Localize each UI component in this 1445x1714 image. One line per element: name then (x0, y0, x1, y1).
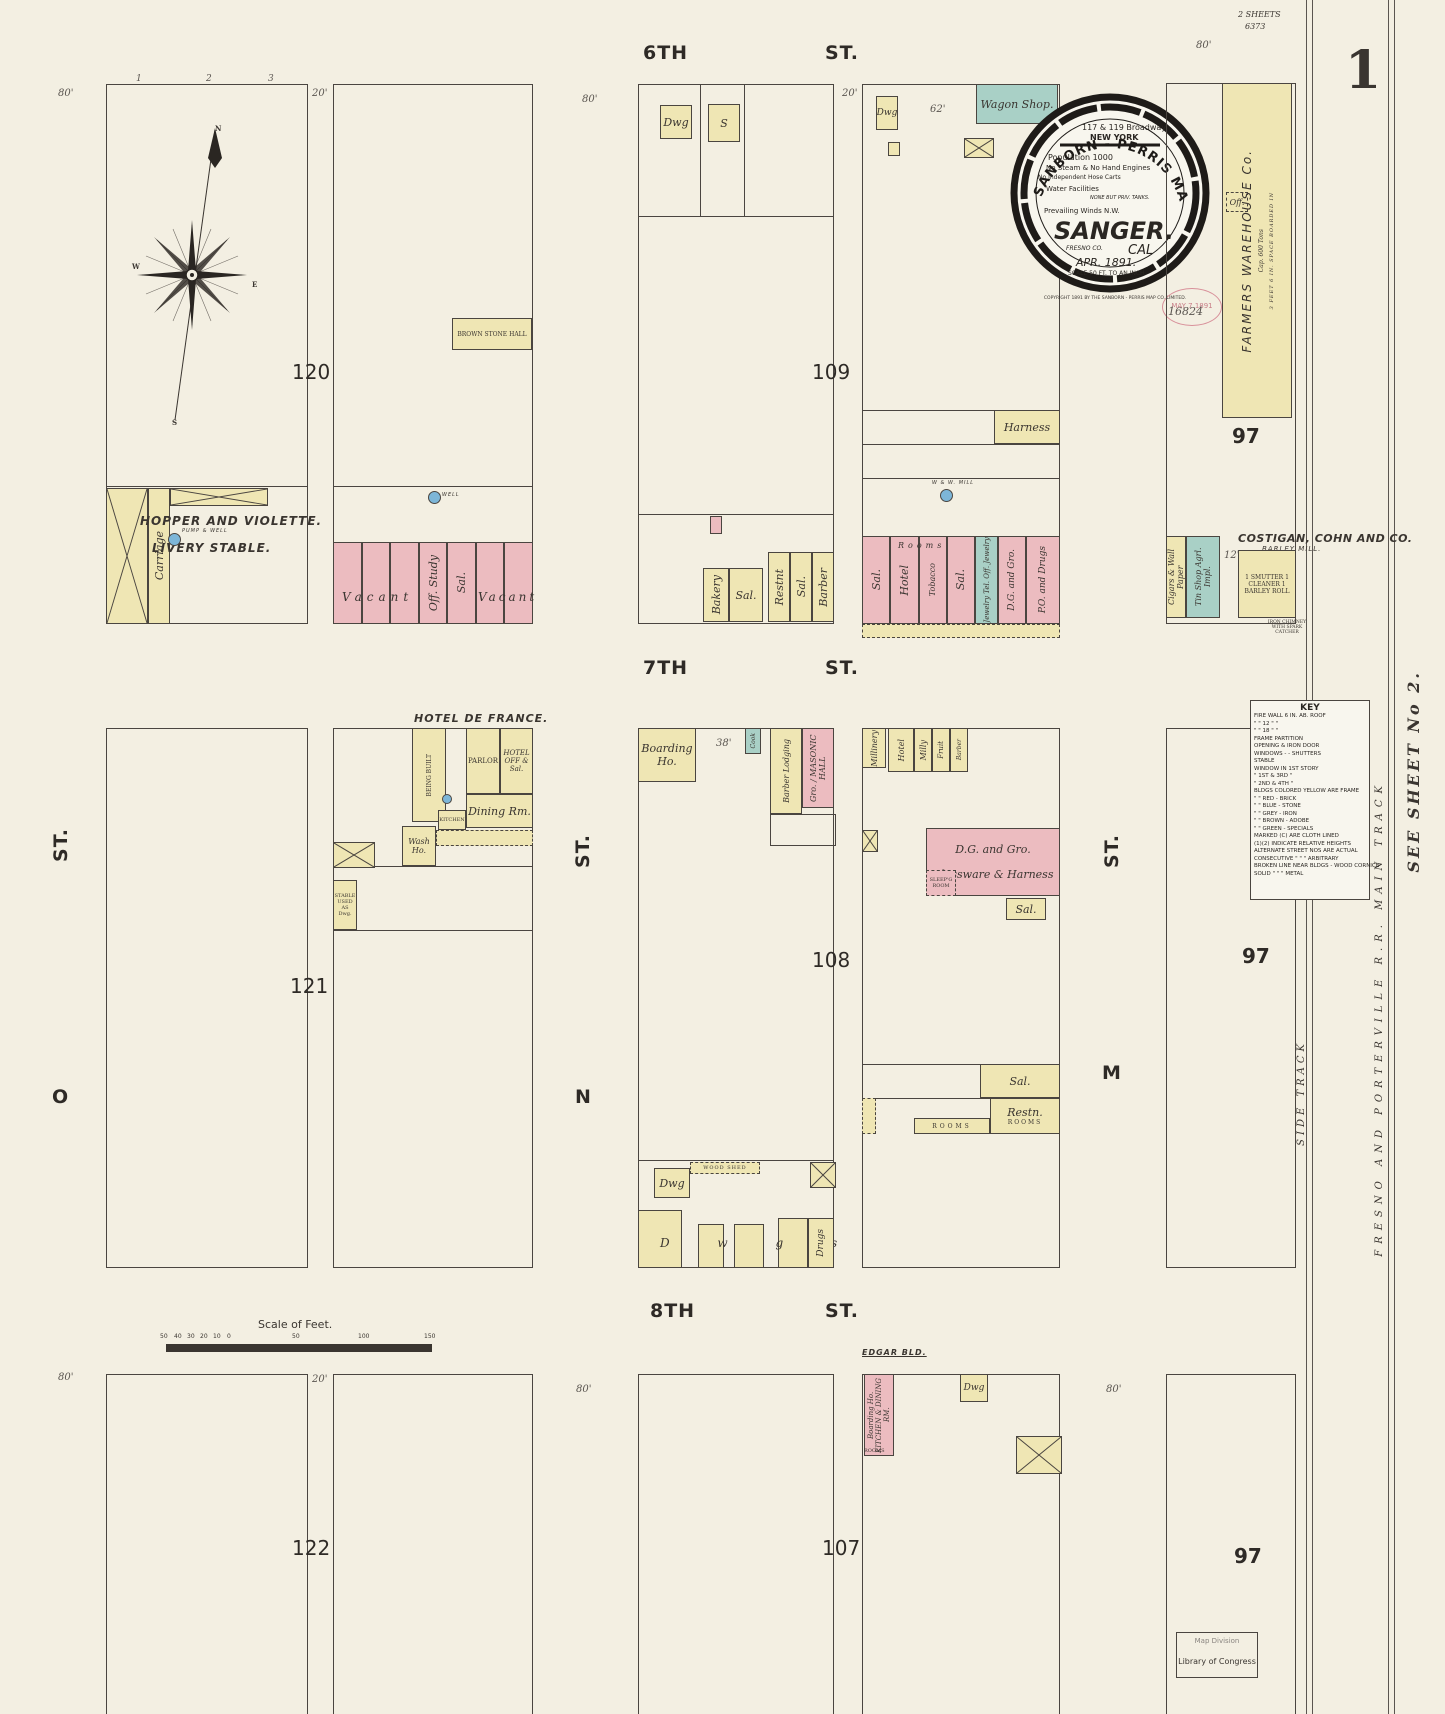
pump-well-icon (168, 533, 181, 546)
scale-title: Scale of Feet. (258, 1318, 332, 1331)
dwelling-108: Dwg (654, 1168, 690, 1198)
saloon-109c: Sal. (862, 536, 890, 624)
block-120-divider-east (333, 486, 533, 487)
rooms-a-label: ROOMS (932, 1123, 972, 1130)
store-vacant-2 (362, 542, 391, 624)
restn-label: Restn. (1007, 1106, 1042, 1119)
scale-tick: 50 (292, 1333, 300, 1340)
kitchen-room: KITCHEN (438, 810, 466, 830)
costigan-label: COSTIGAN, COHN AND CO. (1238, 532, 1412, 545)
dg-gro-108-label: D.G. and Gro. (955, 843, 1030, 856)
windmill-well-icon (940, 489, 953, 502)
cartouche-county: FRESNO CO. (1066, 245, 1103, 252)
dim-20-b: 20' (842, 88, 857, 99)
scale-tick: 0 (227, 1333, 231, 1340)
block-120-divider-west (106, 486, 308, 487)
store-vacant-1 (333, 542, 362, 624)
barber-108-label: Barber (956, 739, 963, 760)
dim-20-c: 20' (312, 1374, 327, 1385)
dim-80-e: 80' (576, 1384, 591, 1395)
block-121-line-b (333, 930, 533, 931)
vacant-label-1: Vacant (342, 590, 413, 604)
dwg-108-label: Dwg (659, 1177, 684, 1190)
dg-gro-109: D.G. and Gro. (998, 536, 1026, 624)
key-line: MARKED (C) ARE CLOTH LINED (1254, 833, 1366, 841)
stable-107 (1016, 1436, 1062, 1474)
cartouche-date: APR. 1891. (1076, 256, 1136, 269)
block-number-97-top: 97 (1232, 424, 1260, 448)
cigars-wall-paper: Cigars & Wall Paper (1166, 536, 1186, 618)
dim-62: 62' (930, 104, 945, 115)
s-label: S (720, 117, 728, 130)
carriage-label: Carriage (153, 531, 166, 580)
farmers-warehouse: FARMERS WAREHOUSE Co. Cap. 600 Tons 3 FE… (1222, 83, 1292, 418)
street-o-a: O (52, 1086, 69, 1108)
hotel-108: Hotel (888, 728, 914, 772)
cigars-label: Cigars & Wall Paper (1167, 537, 1185, 617)
block-108-outline-a (770, 814, 836, 846)
dim-80-c: 80' (1196, 40, 1211, 51)
dim-38: 38' (716, 738, 731, 749)
block-109-line-a (638, 216, 834, 217)
key-line: " 2ND & 4TH " (1254, 781, 1366, 789)
bakery-label: Bakery (710, 575, 723, 614)
stable-dwg-label: STABLE USED AS Dwg. (335, 893, 356, 917)
block-number-121: 121 (290, 974, 328, 998)
compass-rose-icon (130, 120, 260, 430)
pump-well-label: PUMP & WELL (182, 528, 228, 534)
block-122-east (333, 1374, 533, 1714)
office-label: Off. (1230, 198, 1245, 207)
cartouche-water-note: NONE BUT PRIV. TANKS. (1090, 195, 1150, 201)
block-number-120: 120 (292, 360, 330, 384)
main-track-label: FRESNO AND PORTERVILLE R.R. MAIN TRACK (1374, 780, 1385, 1257)
po-drugs-label: P.O. and Drugs (1038, 546, 1048, 613)
well-icon (428, 491, 441, 504)
tin-shop: Tin Shop Agrl. Impl. (1186, 536, 1220, 618)
stable-108b (810, 1162, 836, 1188)
scale-bar (166, 1344, 432, 1352)
barber-lodging-label: Barber Lodging (782, 739, 791, 803)
key-line: OPENING & IRON DOOR (1254, 743, 1366, 751)
tin-shop-label: Tin Shop Agrl. Impl. (1194, 537, 1212, 617)
cook-house: Cook (745, 728, 761, 754)
hotel-well-icon (442, 794, 452, 804)
sleeping-room: SLEEP'G ROOM (926, 870, 956, 896)
store-vacant-4 (476, 542, 505, 624)
key-line: " 1ST & 3RD " (1254, 773, 1366, 781)
carriage-house: Carriage (148, 488, 170, 624)
sal-109b-label: Sal. (795, 576, 808, 597)
block-122-west (106, 1374, 308, 1714)
drugs-108: Drugs (808, 1218, 834, 1268)
rooms-107-label: ROOMS (864, 1448, 885, 1454)
map-key-legend: KEY FIRE WALL 6 IN. AB. ROOF " " 12 " " … (1250, 700, 1370, 900)
saloon-108b: Sal. (980, 1064, 1060, 1098)
lot-number: 2 (206, 74, 212, 84)
street-8th-b: ST. (825, 1300, 859, 1322)
wood-shed-label: WOOD SHED (703, 1165, 746, 1171)
sal-108a-label: Sal. (1015, 903, 1036, 916)
dim-80-d: 80' (58, 1372, 73, 1383)
block-number-107: 107 (822, 1536, 860, 1560)
lot-number: 3 (268, 74, 274, 84)
parlor-label: PARLOR (468, 757, 498, 765)
off-study-label: Off. Study (427, 555, 440, 611)
sheet-count-note: 2 SHEETS (1238, 10, 1281, 19)
sal-109a-label: Sal. (735, 589, 756, 602)
kitchen-label: KITCHEN (439, 817, 464, 823)
cook-label: Cook (750, 733, 757, 748)
brick-row-120: Off. Study Sal. (333, 542, 533, 624)
block-121-west (106, 728, 308, 1268)
po-drugs: P.O. and Drugs (1026, 536, 1060, 624)
sleeping-label: SLEEP'G ROOM (927, 877, 955, 889)
boarding-house-108: Boarding Ho. (638, 728, 696, 782)
key-line: " " GREY - IRON (1254, 811, 1366, 819)
see-sheet-label: SEE SHEET No 2. (1404, 670, 1423, 873)
dwelling-109a: Dwg (660, 105, 692, 139)
fruit-label: Fruit (937, 741, 945, 759)
restaurant-108: Restn. ROOMS (990, 1098, 1060, 1134)
key-line: WINDOWS - - SHUTTERS (1254, 751, 1366, 759)
dwelling-109s: S (708, 104, 740, 142)
dwelling-109b: Dwg (876, 96, 898, 130)
sheet-note-code: 6373 (1245, 22, 1265, 31)
street-8th-a: 8TH (650, 1300, 695, 1322)
barber-building: Barber (812, 552, 834, 622)
wood-shed: WOOD SHED (690, 1162, 760, 1174)
office-shed: Off. (1226, 192, 1248, 212)
key-line: " " 12 " " (1254, 721, 1366, 729)
stable-121 (333, 842, 375, 868)
stable-used-as-dwelling: STABLE USED AS Dwg. (333, 880, 357, 930)
scale-tick: 100 (358, 1333, 369, 1340)
scale-tick: 150 (424, 1333, 435, 1340)
key-line: (1)(2) INDICATE RELATIVE HEIGHTS (1254, 841, 1366, 849)
block-109-line-b (638, 514, 834, 515)
key-line: STABLE (1254, 758, 1366, 766)
key-line: " " GREEN - SPECIALS (1254, 826, 1366, 834)
edgar-building-label: EDGAR BLD. (862, 1348, 927, 1357)
street-n-b: ST. (572, 834, 594, 868)
hotel-de-france-label: HOTEL DE FRANCE. (414, 712, 548, 725)
milly-label: Milly (919, 740, 928, 760)
key-line: BROKEN LINE NEAR BLDGS - WOOD CORNICE (1254, 863, 1366, 871)
engine-note: IRON CHIMNEY WITH SPARK CATCHER (1262, 620, 1312, 635)
dwg-107-label: Dwg (964, 1383, 985, 1393)
grocery-masonic-hall: Gro. / MASONIC HALL (802, 728, 834, 808)
compass-s: S (172, 418, 177, 427)
compass-n: N (215, 124, 221, 133)
side-track-label: SIDE TRACK (1296, 1040, 1307, 1146)
key-line: FIRE WALL 6 IN. AB. ROOF (1254, 713, 1366, 721)
brown-stone-hall: BROWN STONE HALL (452, 318, 532, 350)
key-line: SOLID " " " METAL (1254, 871, 1366, 879)
being-built-label: BEING BUILT (426, 754, 433, 796)
scale-tick: 40 (174, 1333, 182, 1340)
key-line: CONSECUTIVE " " " ARBITRARY (1254, 856, 1366, 864)
livery-shed (170, 488, 268, 506)
dining-label: Dining Rm. (468, 805, 531, 818)
parlor-room: PARLOR (466, 728, 500, 794)
hotel-rear-shed (436, 830, 533, 846)
dim-80-f: 80' (1106, 1384, 1121, 1395)
being-built-building: BEING BUILT (412, 728, 446, 822)
block-109-west (638, 84, 834, 624)
dim-12: 12' (1224, 550, 1239, 561)
block-number-108: 108 (812, 948, 850, 972)
brick-row-109: Sal. Hotel Tobacco Sal. Jewelry Tel. Off… (862, 536, 1060, 624)
block-number-109: 109 (812, 360, 850, 384)
block-108-line-d (638, 1160, 834, 1161)
saloon-109b: Sal. (790, 552, 812, 622)
saloon-109a: Sal. (729, 568, 763, 622)
sal-label: Sal. (455, 572, 468, 593)
store-vacant-3 (390, 542, 419, 624)
stamp-line-2: Library of Congress (1177, 1657, 1257, 1666)
awning-109 (862, 624, 1060, 638)
stable-109 (964, 138, 994, 158)
key-line: ALTERNATE STREET NOS ARE ACTUAL (1254, 848, 1366, 856)
costigan-equip-label: 1 SMUTTER 1 CLEANER 1 BARLEY ROLL (1241, 574, 1293, 595)
dwg-label: Dwg (663, 116, 688, 129)
block-109-line-g (862, 478, 1060, 479)
dim-20-a: 20' (312, 88, 327, 99)
sal-109c-label: Sal. (870, 569, 883, 590)
barber-108: Barber (950, 728, 968, 772)
hotel-108-label: Hotel (897, 739, 906, 761)
stamp-line-1: Map Division (1177, 1637, 1257, 1645)
farmers-cap-label: Cap. 600 Tons (1258, 229, 1265, 272)
street-o-b: ST. (50, 828, 72, 862)
sal-109d-label: Sal. (954, 569, 967, 590)
cartouche-city: NEW YORK (1090, 133, 1138, 142)
cartouche-winds: Prevailing Winds N.W. (1044, 207, 1120, 215)
block-number-122: 122 (292, 1536, 330, 1560)
block-109-line-d (744, 84, 745, 216)
key-line: WINDOW IN 1ST STORY (1254, 766, 1366, 774)
street-7th-b: ST. (825, 657, 859, 679)
saloon-109d: Sal. (947, 536, 975, 624)
well-label: WELL (442, 492, 460, 498)
scale-tick: 50 (160, 1333, 168, 1340)
cartouche-town: SANGER. (1054, 217, 1174, 245)
cartouche-hose: No Independent Hose Carts (1038, 174, 1121, 181)
jewelry-label: Jewelry Tel. Off. Jewelry (983, 537, 991, 623)
millinery-108b: Milly (914, 728, 932, 772)
dining-room: Dining Rm. (466, 794, 533, 828)
livery-stable-building (106, 488, 148, 624)
cartouche-water: Water Facilities (1046, 185, 1099, 193)
scale-tick: 10 (213, 1333, 221, 1340)
scale-tick: 30 (187, 1333, 195, 1340)
sheet-number: 1 (1345, 40, 1381, 101)
library-of-congress-stamp: Map Division Library of Congress (1176, 1632, 1258, 1678)
wash-ho-label: Wash Ho. (403, 837, 435, 855)
cartouche-engines: No Steam & No Hand Engines (1046, 164, 1150, 172)
rooms-label-109: Rooms (898, 541, 945, 550)
block-107-west (638, 1374, 834, 1714)
key-line: FRAME PARTITION (1254, 736, 1366, 744)
harness-label: Harness (1004, 421, 1050, 434)
windmill-label: W & W. MILL (932, 480, 974, 486)
harness-shop: Harness (994, 410, 1060, 444)
street-6th-b: ST. (825, 42, 859, 64)
key-line: " " BROWN - ADOBE (1254, 818, 1366, 826)
dim-80-b: 80' (582, 94, 597, 105)
compass-e: E (252, 280, 257, 289)
compass-w: W (132, 262, 140, 271)
key-line: " " 18 " " (1254, 728, 1366, 736)
key-line: " " BLUE - STONE (1254, 803, 1366, 811)
drugs-108-label: Drugs (816, 1229, 826, 1257)
outhouse-109 (710, 516, 722, 534)
gro-masonic-label: Gro. / MASONIC HALL (809, 729, 827, 807)
stable-108 (862, 830, 878, 852)
key-line: " " RED - BRICK (1254, 796, 1366, 804)
store-vacant-5 (504, 542, 533, 624)
dwelling-107: Dwg (960, 1374, 988, 1402)
farmers-note-label: 3 FEET 6 IN. SPACE BOARDED IN (1269, 192, 1275, 309)
rooms-108: ROOMS (914, 1118, 990, 1134)
cartouche-scale: SCALE 50 FT. TO AN INCH. (1068, 270, 1146, 277)
sal-108b-label: Sal. (1009, 1075, 1030, 1088)
restaurant-building: Restnt (768, 552, 790, 622)
block-number-97-middle: 97 (1242, 944, 1270, 968)
shed-109 (888, 142, 900, 156)
edgar-boarding-house: Boarding Ho. KITCHEN & DINING RM. (864, 1374, 894, 1456)
main-track-line-right (1394, 0, 1395, 1714)
hotel-off-label: HOTEL OFF & Sal. (501, 749, 532, 773)
block-109-line-f (862, 444, 1060, 445)
vacant-label-2: Vacant (478, 590, 537, 604)
hotel-office-saloon: HOTEL OFF & Sal. (500, 728, 533, 794)
fruit-store: Fruit (932, 728, 950, 772)
dim-80-a: 80' (58, 88, 73, 99)
street-m-a: M (1102, 1062, 1122, 1084)
block-109-line-c (700, 84, 701, 216)
farmers-warehouse-label: FARMERS WAREHOUSE Co. (1240, 149, 1254, 353)
tobacco-label: Tobacco (928, 563, 937, 596)
brown-stone-hall-label: BROWN STONE HALL (457, 331, 526, 338)
restnt-label: Restnt (773, 569, 786, 605)
dwg-109b-label: Dwg (877, 108, 898, 118)
store-office-study: Off. Study (419, 542, 448, 624)
main-track-line-left (1388, 0, 1389, 1714)
cartouche-population: Population 1000 (1048, 153, 1113, 162)
boarding-ho-label: Boarding Ho. (639, 742, 695, 768)
barber-lodging: Barber Lodging (770, 728, 802, 814)
block-number-97-bottom: 97 (1234, 1544, 1262, 1568)
saloon-108a: Sal. (1006, 898, 1046, 920)
bakery-building: Bakery (703, 568, 729, 622)
rooms-b-label: ROOMS (1008, 1119, 1043, 1126)
store-saloon: Sal. (447, 542, 476, 624)
hotel-109-label: Hotel (898, 565, 911, 596)
millinery-label: Millinery (870, 730, 879, 767)
street-n-a: N (575, 1086, 592, 1108)
barley-mill-building: 1 SMUTTER 1 CLEANER 1 BARLEY ROLL (1238, 550, 1296, 618)
scale-tick: 20 (200, 1333, 208, 1340)
jewelry-tel-off: Jewelry Tel. Off. Jewelry (975, 536, 998, 624)
livery-owner-label: HOPPER AND VIOLETTE. (140, 514, 322, 528)
block-108-east (862, 728, 1060, 1268)
street-6th-a: 6TH (643, 42, 688, 64)
street-m-b: ST. (1101, 834, 1123, 868)
boarding-107-label: Boarding Ho. KITCHEN & DINING RM. (867, 1375, 891, 1455)
wash-house: Wash Ho. (402, 826, 436, 866)
shed-108 (862, 1098, 876, 1134)
cartouche-address: 117 & 119 Broadway (1082, 123, 1166, 132)
barber-label: Barber (817, 568, 830, 607)
lot-number: 1 (136, 74, 142, 84)
key-line: BLDGS COLORED YELLOW ARE FRAME (1254, 788, 1366, 796)
millinery-108: Millinery (862, 728, 886, 768)
key-title: KEY (1254, 703, 1366, 713)
street-7th-a: 7TH (643, 657, 688, 679)
dg-gro-109-label: D.G. and Gro. (1007, 549, 1017, 611)
